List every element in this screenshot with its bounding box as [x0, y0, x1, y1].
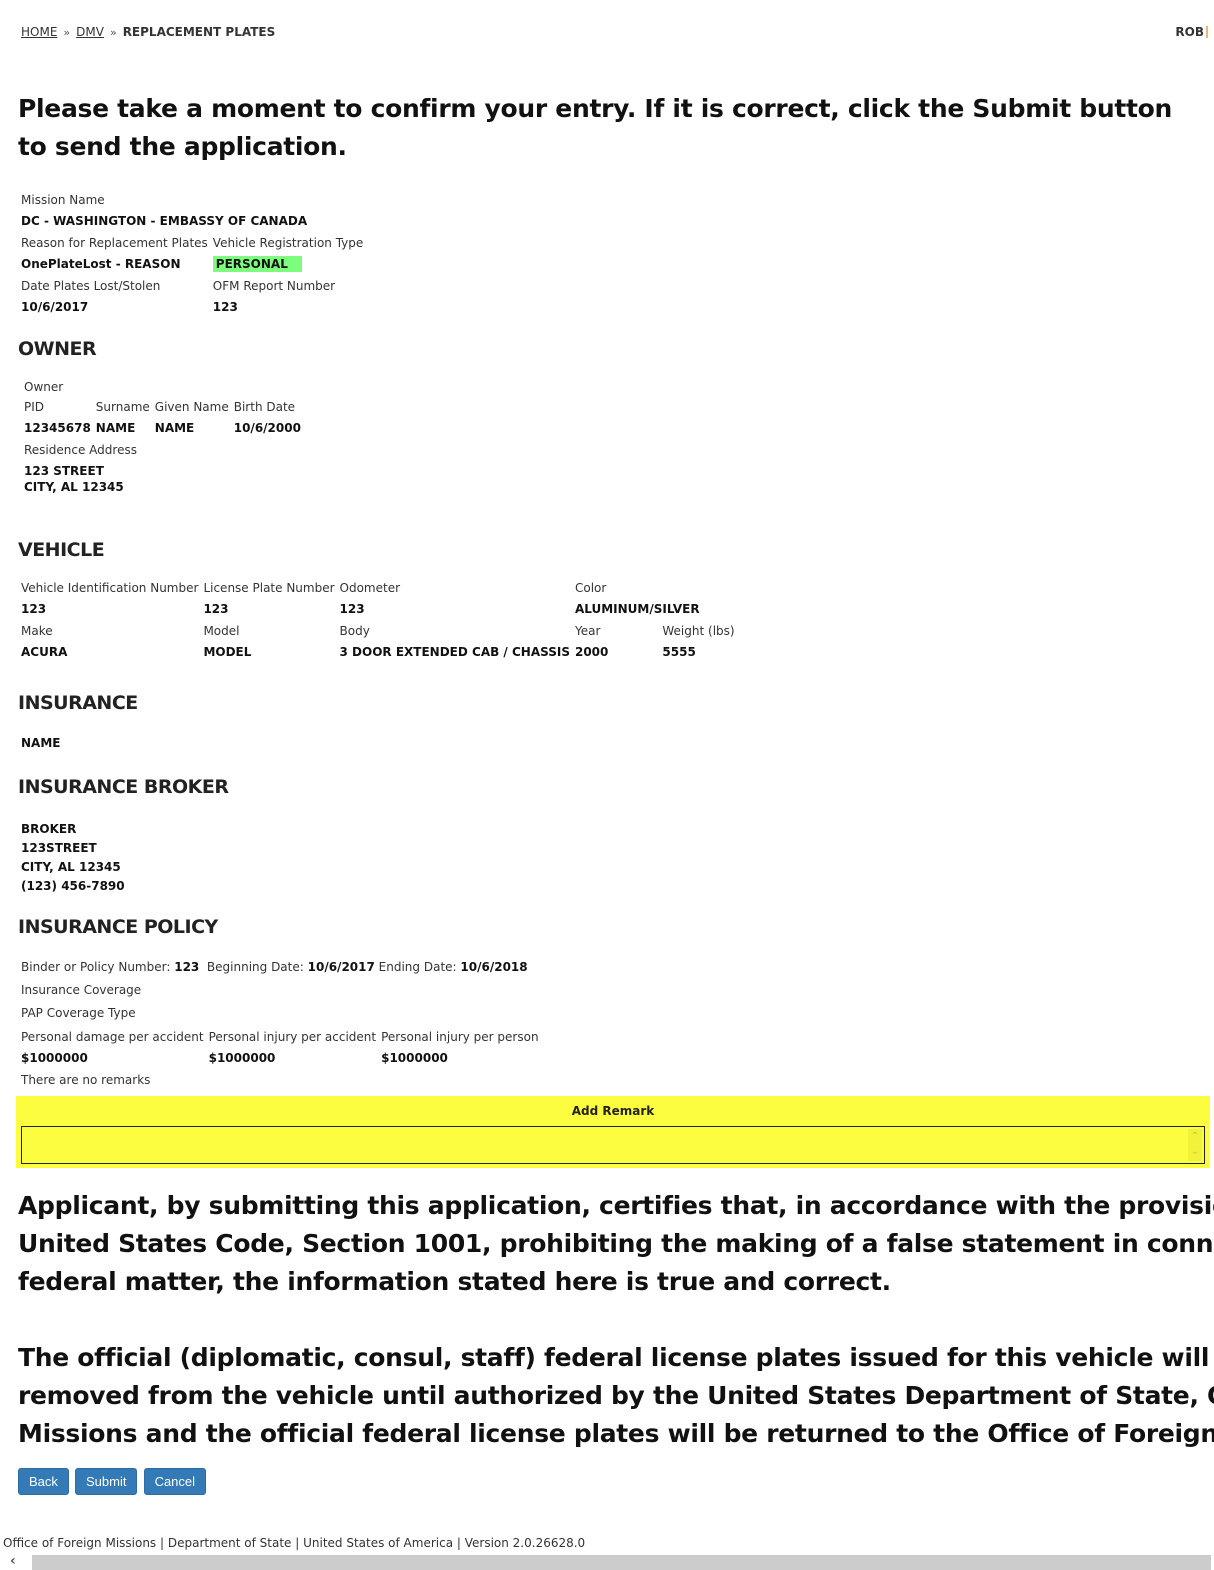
- top-bar: HOME»DMV»REPLACEMENT PLATES ROB: [0, 0, 1214, 60]
- make-label: Make: [19, 621, 201, 641]
- remark-textarea[interactable]: [21, 1126, 1205, 1164]
- injury-per-accident-value: $1000000: [207, 1047, 380, 1070]
- body-label: Body: [338, 621, 573, 641]
- body-value: 3 DOOR EXTENDED CAB / CHASSIS: [338, 641, 573, 664]
- breadcrumb: HOME»DMV»REPLACEMENT PLATES: [21, 25, 275, 39]
- reg-type-badge: PERSONAL: [213, 256, 302, 272]
- owner-table: Owner PID Surname Given Name Birth Date …: [22, 377, 304, 498]
- vehicle-table: Vehicle Identification Number License Pl…: [19, 578, 738, 664]
- broker-street: 123STREET: [21, 839, 228, 858]
- vehicle-heading: VEHICLE: [18, 539, 738, 561]
- insurance-heading: INSURANCE: [18, 692, 138, 714]
- surname-label: Surname: [94, 397, 153, 417]
- date-lost-value: 10/6/2017: [19, 296, 211, 319]
- address-line1: 123 STREET: [22, 460, 304, 479]
- statement-1-line-3: federal matter, the information stated h…: [18, 1263, 1214, 1301]
- vehicle-section: VEHICLE Vehicle Identification Number Li…: [18, 539, 738, 664]
- broker-phone: (123) 456-7890: [21, 877, 228, 896]
- binder-value: 123: [174, 960, 199, 974]
- model-value: MODEL: [201, 641, 337, 664]
- injury-per-accident-label: Personal injury per accident: [207, 1027, 380, 1047]
- footer: Office of Foreign Missions | Department …: [3, 1536, 585, 1550]
- breadcrumb-separator: »: [63, 26, 70, 39]
- vin-value: 123: [19, 598, 201, 621]
- broker-section: INSURANCE BROKER BROKER 123STREET CITY, …: [18, 776, 228, 896]
- pap-coverage-label: PAP Coverage Type: [21, 1006, 542, 1027]
- odometer-value: 123: [338, 598, 573, 621]
- ofm-report-value: 123: [211, 296, 366, 319]
- user-menu-divider: [1206, 26, 1208, 38]
- binder-label: Binder or Policy Number:: [21, 960, 170, 974]
- vin-label: Vehicle Identification Number: [19, 578, 201, 598]
- injury-per-person-value: $1000000: [379, 1047, 541, 1070]
- surname-value: NAME: [94, 417, 153, 440]
- statement-2-line-2: removed from the vehicle until authorize…: [18, 1377, 1214, 1415]
- damage-per-accident-value: $1000000: [19, 1047, 207, 1070]
- pid-value: 12345678: [22, 417, 94, 440]
- end-date-label: Ending Date:: [379, 960, 457, 974]
- statement-2-line-3: Missions and the official federal licens…: [18, 1415, 1214, 1453]
- plate-number-label: License Plate Number: [201, 578, 337, 598]
- coverage-label: Insurance Coverage: [21, 983, 542, 1006]
- chevron-down-icon[interactable]: ⌄: [1188, 1144, 1202, 1159]
- application-table: Mission Name DC - WASHINGTON - EMBASSY O…: [19, 190, 366, 319]
- mission-name-value: DC - WASHINGTON - EMBASSY OF CANADA: [19, 210, 366, 233]
- residence-address-label: Residence Address: [22, 440, 304, 460]
- cancel-button[interactable]: Cancel: [144, 1468, 206, 1495]
- form-actions: Back Submit Cancel: [18, 1468, 207, 1495]
- submit-button[interactable]: Submit: [75, 1468, 137, 1495]
- horizontal-scrollbar[interactable]: ‹: [0, 1555, 1214, 1570]
- color-label: Color: [573, 578, 738, 598]
- owner-section: OWNER Owner PID Surname Given Name Birth…: [18, 338, 304, 498]
- breadcrumb-dmv-link[interactable]: DMV: [76, 25, 104, 39]
- user-menu[interactable]: ROB: [1175, 25, 1208, 39]
- weight-value: 5555: [660, 641, 737, 664]
- pid-label: PID: [22, 397, 94, 417]
- textarea-scroll-arrows[interactable]: ⌃⌄: [1188, 1129, 1202, 1161]
- color-value: ALUMINUM/SILVER: [573, 598, 738, 621]
- back-button[interactable]: Back: [18, 1468, 69, 1495]
- damage-per-accident-label: Personal damage per accident: [19, 1027, 207, 1047]
- confirmation-content: Please take a moment to confirm your ent…: [18, 90, 1214, 166]
- breadcrumb-separator: »: [110, 26, 117, 39]
- birth-date-label: Birth Date: [232, 397, 304, 417]
- reg-type-label: Vehicle Registration Type: [211, 233, 366, 253]
- broker-name: BROKER: [21, 820, 228, 839]
- scrollbar-track[interactable]: [32, 1555, 1211, 1570]
- chevron-up-icon[interactable]: ⌃: [1188, 1129, 1202, 1144]
- policy-heading: INSURANCE POLICY: [18, 916, 542, 938]
- statement-1-line-1: Applicant, by submitting this applicatio…: [18, 1187, 1214, 1225]
- weight-label: Weight (lbs): [660, 621, 737, 641]
- end-date-value: 10/6/2018: [460, 960, 527, 974]
- address-line2: CITY, AL 12345: [22, 479, 304, 498]
- application-summary: Mission Name DC - WASHINGTON - EMBASSY O…: [18, 190, 366, 319]
- add-remark-title: Add Remark: [16, 1104, 1210, 1118]
- statement-2-line-1: The official (diplomatic, consul, staff)…: [18, 1339, 1214, 1377]
- insurance-name: NAME: [21, 736, 138, 750]
- owner-heading: OWNER: [18, 338, 304, 360]
- reason-label: Reason for Replacement Plates: [19, 233, 211, 253]
- insurance-section: INSURANCE NAME: [18, 692, 138, 750]
- certification-statement: Applicant, by submitting this applicatio…: [18, 1187, 1214, 1301]
- given-name-value: NAME: [153, 417, 232, 440]
- confirmation-intro: Please take a moment to confirm your ent…: [18, 90, 1208, 166]
- user-name: ROB: [1175, 25, 1204, 39]
- policy-section: INSURANCE POLICY Binder or Policy Number…: [18, 916, 542, 1087]
- ofm-report-label: OFM Report Number: [211, 276, 366, 296]
- broker-heading: INSURANCE BROKER: [18, 776, 228, 798]
- owner-sub-label: Owner: [22, 377, 304, 397]
- date-lost-label: Date Plates Lost/Stolen: [19, 276, 211, 296]
- scroll-left-icon[interactable]: ‹: [10, 1553, 16, 1569]
- coverage-table: Personal damage per accident Personal in…: [19, 1027, 542, 1070]
- birth-date-value: 10/6/2000: [232, 417, 304, 440]
- add-remark-panel: Add Remark ⌃⌄: [16, 1096, 1210, 1168]
- broker-city: CITY, AL 12345: [21, 858, 228, 877]
- begin-date-value: 10/6/2017: [308, 960, 375, 974]
- mission-name-label: Mission Name: [19, 190, 366, 210]
- no-remarks-text: There are no remarks: [21, 1073, 542, 1087]
- year-value: 2000: [573, 641, 660, 664]
- breadcrumb-current: REPLACEMENT PLATES: [123, 25, 276, 39]
- reason-value: OnePlateLost - REASON: [19, 253, 211, 276]
- statement-1-line-2: United States Code, Section 1001, prohib…: [18, 1225, 1214, 1263]
- odometer-label: Odometer: [338, 578, 573, 598]
- breadcrumb-home-link[interactable]: HOME: [21, 25, 57, 39]
- model-label: Model: [201, 621, 337, 641]
- begin-date-label: Beginning Date:: [207, 960, 304, 974]
- plate-number-value: 123: [201, 598, 337, 621]
- plates-statement: The official (diplomatic, consul, staff)…: [18, 1339, 1214, 1453]
- year-label: Year: [573, 621, 660, 641]
- policy-dates-row: Binder or Policy Number: 123 Beginning D…: [21, 960, 542, 983]
- make-value: ACURA: [19, 641, 201, 664]
- given-name-label: Given Name: [153, 397, 232, 417]
- injury-per-person-label: Personal injury per person: [379, 1027, 541, 1047]
